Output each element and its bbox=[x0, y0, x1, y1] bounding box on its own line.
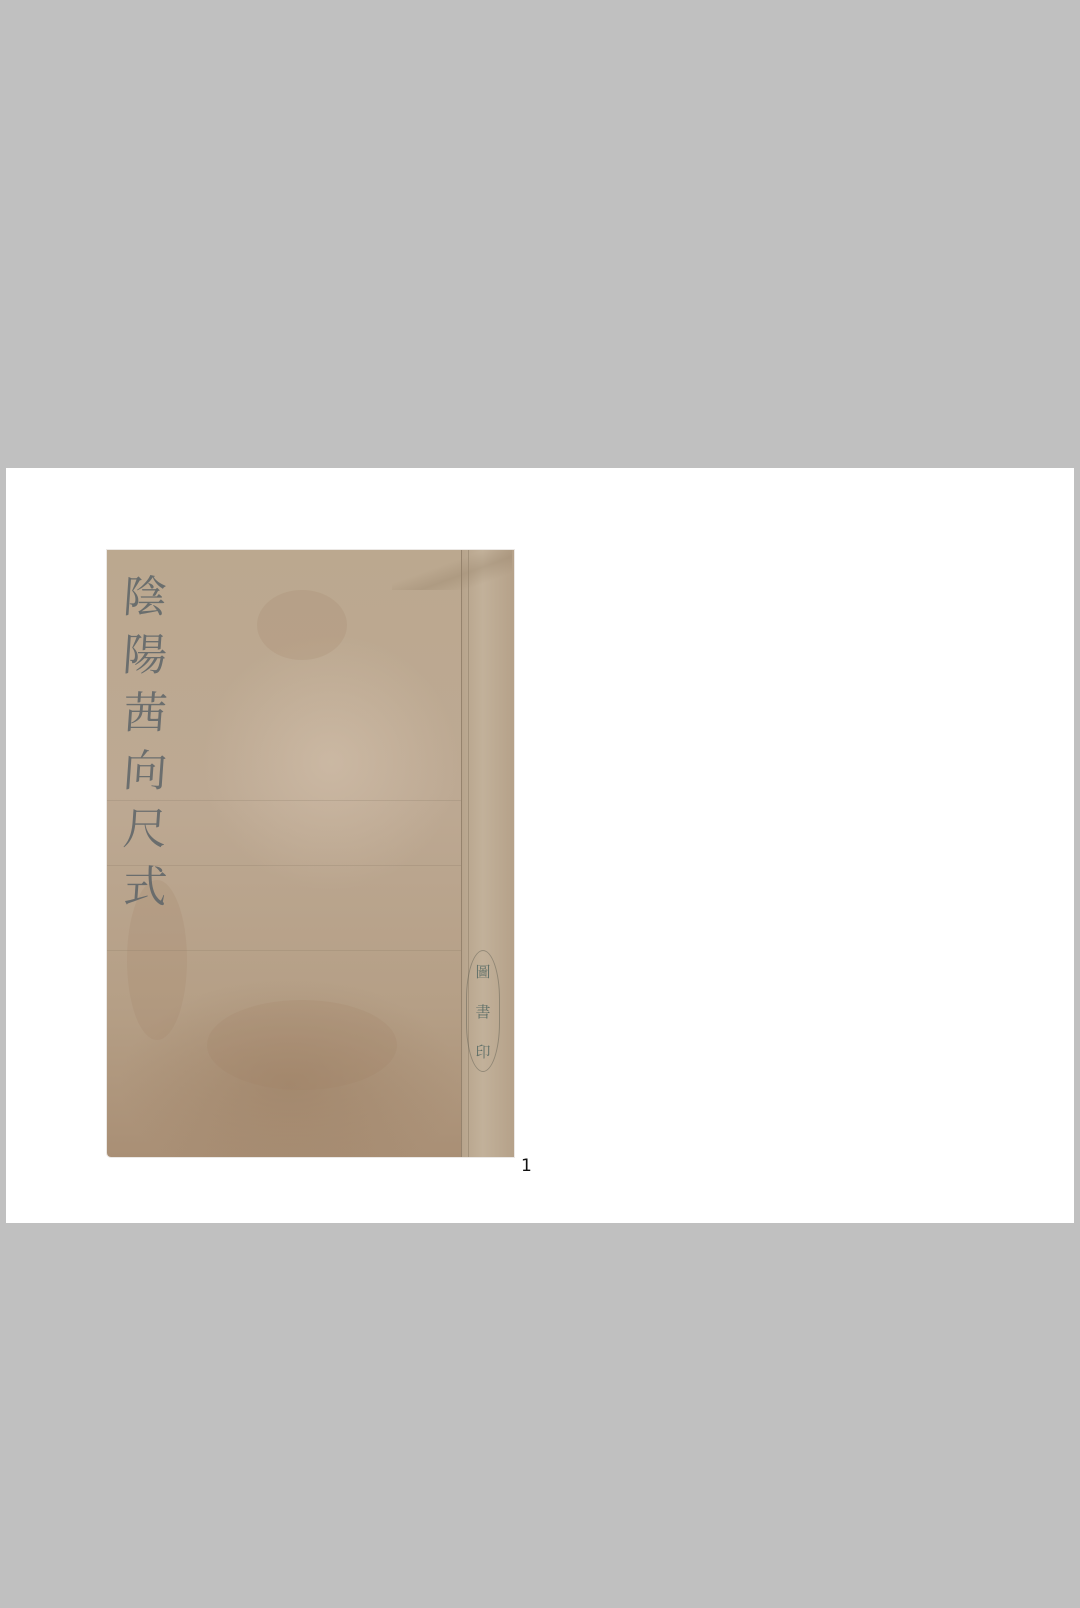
title-char: 向 bbox=[121, 744, 169, 802]
title-char: 式 bbox=[121, 860, 169, 918]
scanned-book-cover-image: 陰 陽 茜 向 尺 式 圖 書 印 bbox=[107, 550, 514, 1157]
paper-stain bbox=[257, 590, 347, 660]
paper-crease bbox=[107, 950, 462, 951]
library-seal-stamp: 圖 書 印 bbox=[466, 950, 500, 1072]
seal-char: 書 bbox=[475, 1001, 490, 1022]
title-char: 陰 bbox=[121, 570, 169, 628]
title-char: 尺 bbox=[121, 802, 169, 860]
document-page: 陰 陽 茜 向 尺 式 圖 書 印 1 bbox=[6, 468, 1074, 1223]
seal-char: 印 bbox=[475, 1041, 490, 1062]
spine-fold-line bbox=[468, 550, 469, 1157]
paper-stain bbox=[207, 1000, 397, 1090]
book-spine-strip: 圖 書 印 bbox=[461, 550, 514, 1157]
seal-char: 圖 bbox=[475, 961, 490, 982]
title-char: 陽 bbox=[121, 628, 169, 686]
cover-title-vertical: 陰 陽 茜 向 尺 式 bbox=[117, 570, 173, 918]
title-char: 茜 bbox=[121, 686, 169, 744]
folded-corner bbox=[392, 550, 512, 590]
document-viewer[interactable]: 陰 陽 茜 向 尺 式 圖 書 印 1 bbox=[0, 0, 1080, 1608]
page-number: 1 bbox=[521, 1156, 532, 1176]
